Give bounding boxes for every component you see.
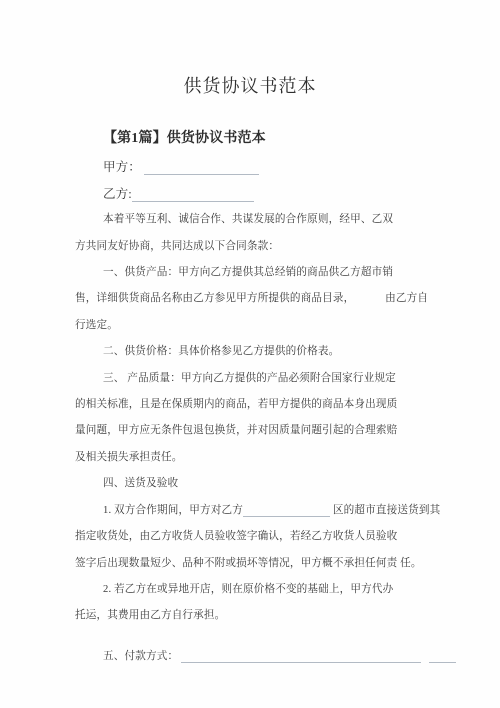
text-run: 五、付款方式：: [103, 651, 181, 662]
clause1-line-3: 行选定。: [75, 313, 464, 339]
text-run: 四、送货及验收: [103, 478, 178, 489]
text-run: [421, 651, 429, 662]
text-run: 行选定。: [75, 320, 118, 331]
fill-in-blank: _____: [429, 651, 456, 663]
clause3-line-1: 三、 产品质量：甲方向乙方提供的产品必须附合国家行业规定: [75, 366, 464, 392]
text-run: 【第1篇】供货协议书范本: [103, 131, 266, 146]
text-run: 一、供货产品：甲方向乙方提供其总经销的商品供乙方超市销: [103, 267, 393, 278]
clause1-line-2: 售，详细供货商品名称由乙方参见甲方所提供的商品目录， 由乙方自: [75, 286, 464, 312]
document-title: 供货协议书范本: [0, 72, 500, 98]
clause3-line-2: 的相关标准，且是在保质期内的商品，若甲方提供的商品本身出现质: [75, 392, 464, 418]
text-run: 托运，其费用由乙方自行承担。: [75, 610, 225, 621]
text-run: 售，详细供货商品名称由乙方参见甲方所提供的商品目录， 由乙方自: [75, 293, 428, 304]
fill-in-blank: ________________: [243, 505, 330, 517]
preamble-line-1: 本着平等互利、诚信合作、共谋发展的合作原则，经甲、乙双: [75, 207, 464, 233]
preamble-line-2: 方共同友好协商，共同达成以下合同条款：: [75, 234, 464, 260]
text-run: 及相关损失承担责任。: [75, 452, 182, 463]
text-run: 指定收货处，由乙方收货人员验收签字确认，若经乙方收货人员验收: [75, 531, 397, 542]
clause2-line: 二、供货价格：具体价格参见乙方提供的价格表。: [75, 339, 464, 365]
section-heading: 【第1篇】供货协议书范本: [75, 126, 464, 152]
clause4-item1-line-3: 签字后出现数量短少、品种不附或损坏等情况，甲方概不承担任何责 任。: [75, 551, 464, 577]
clause3-line-3: 量问题，甲方应无条件包退包换货，并对因质量问题引起的合理索赔: [75, 418, 464, 444]
fill-in-blank: ___________________: [132, 187, 254, 202]
clause4-item2-line-1: 2. 若乙方在或异地开店，则在原价格不变的基础上，甲方代办: [75, 577, 464, 603]
text-run: 甲方：: [103, 160, 144, 174]
text-run: 量问题，甲方应无条件包退包换货，并对因质量问题引起的合理索赔: [75, 425, 397, 436]
fill-in-blank: __________________: [144, 160, 259, 175]
clause3-line-4: 及相关损失承担责任。: [75, 445, 464, 471]
clause4-item2-line-2: 托运，其费用由乙方自行承担。: [75, 603, 464, 629]
clause5-line: 五、付款方式： ________________________________…: [75, 644, 464, 670]
clause4-item1-line-1: 1. 双方合作期间，甲方对乙方________________ 区的超市直接送货…: [75, 498, 464, 524]
text-run: 二、供货价格：具体价格参见乙方提供的价格表。: [103, 346, 339, 357]
text-run: 签字后出现数量短少、品种不附或损坏等情况，甲方概不承担任何责 任。: [75, 558, 422, 569]
clause1-line-1: 一、供货产品：甲方向乙方提供其总经销的商品供乙方超市销: [75, 260, 464, 286]
text-run: 三、 产品质量：甲方向乙方提供的产品必须附合国家行业规定: [103, 373, 396, 384]
document-page: 供货协议书范本 【第1篇】供货协议书范本甲方： ________________…: [0, 0, 500, 708]
text-run: 方共同友好协商，共同达成以下合同条款：: [75, 241, 279, 252]
clause4-heading: 四、送货及验收: [75, 471, 464, 497]
party-b-line: 乙方:___________________: [75, 181, 464, 207]
text-run: 1. 双方合作期间，甲方对乙方: [103, 505, 243, 516]
fill-in-blank: ________________________________________…: [181, 651, 421, 663]
text-run: 区的超市直接送货到其: [330, 505, 440, 516]
clause4-item1-line-2: 指定收货处，由乙方收货人员验收签字确认，若经乙方收货人员验收: [75, 524, 464, 550]
text-run: 本着平等互利、诚信合作、共谋发展的合作原则，经甲、乙双: [103, 214, 393, 225]
text-run: 乙方:: [103, 187, 132, 201]
party-a-line: 甲方： __________________: [75, 154, 464, 180]
text-run: 的相关标准，且是在保质期内的商品，若甲方提供的商品本身出现质: [75, 399, 397, 410]
document-lines: 【第1篇】供货协议书范本甲方： __________________乙方:___…: [0, 126, 500, 670]
text-run: 2. 若乙方在或异地开店，则在原价格不变的基础上，甲方代办: [103, 584, 393, 595]
